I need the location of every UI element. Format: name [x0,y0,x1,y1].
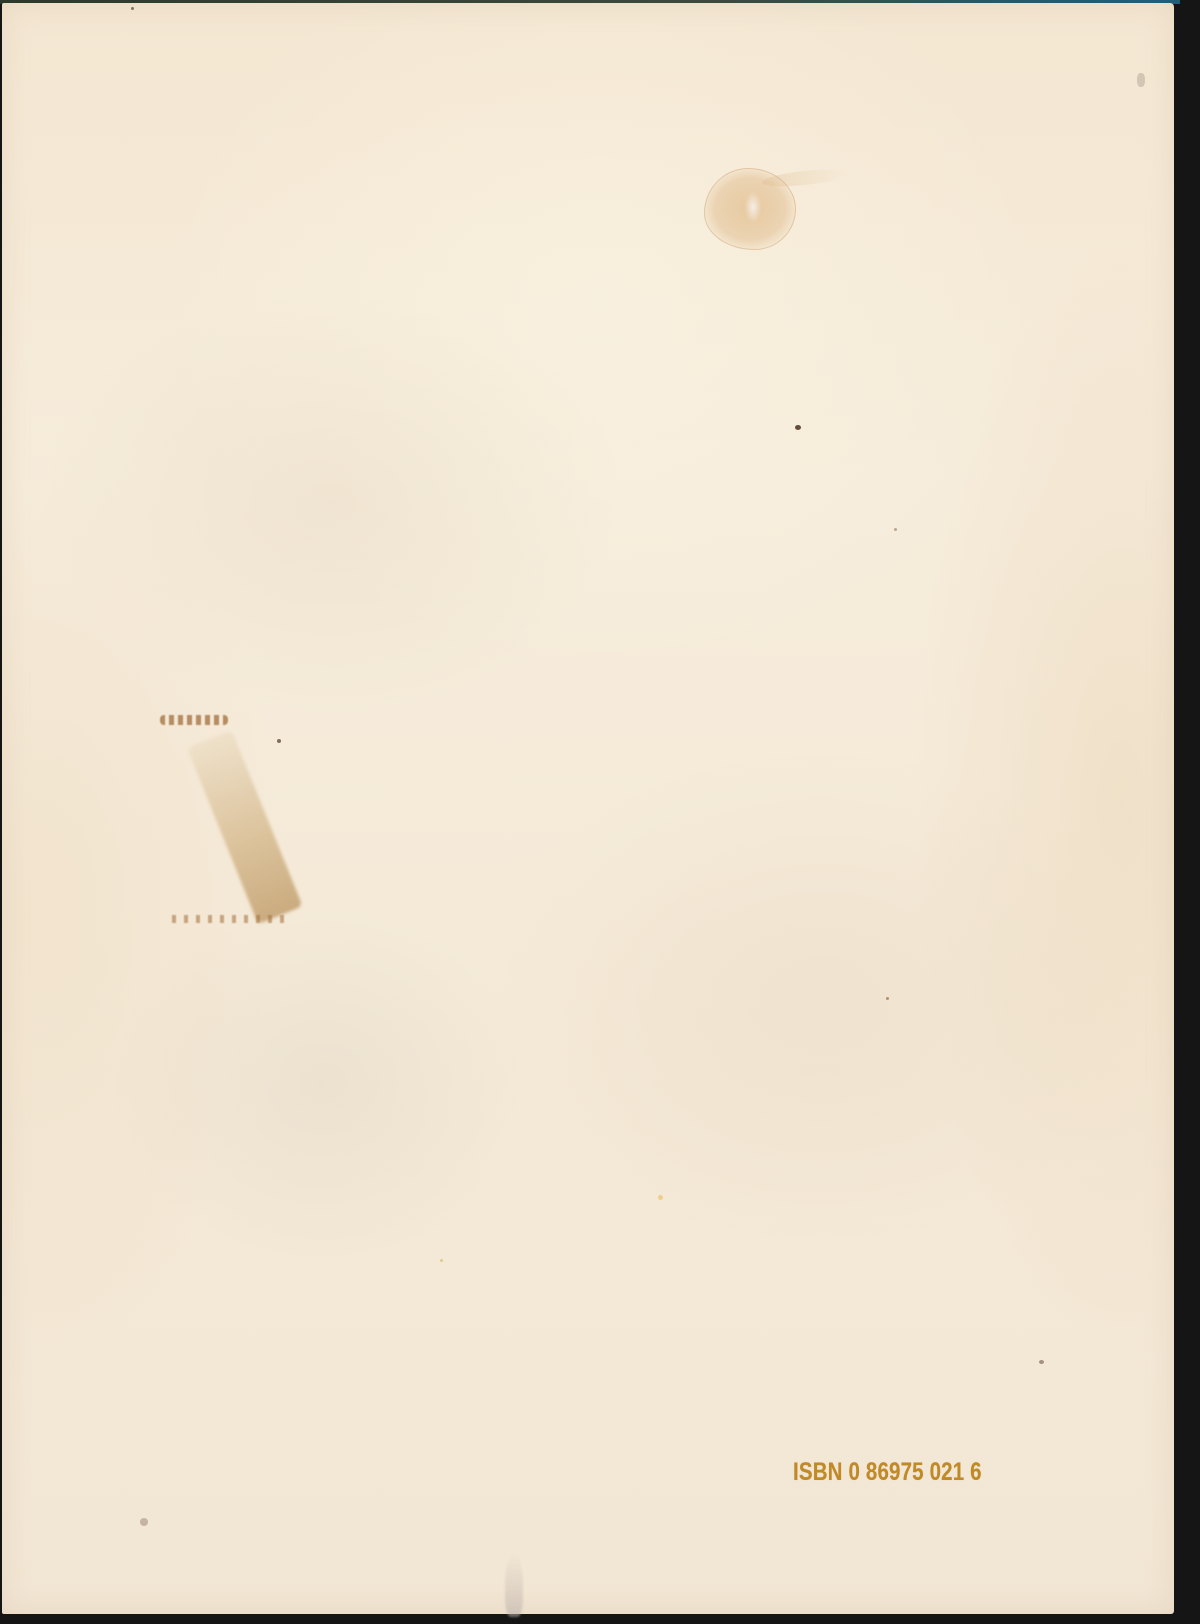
speck [886,997,889,1000]
scanned-page: ISBN 0 86975 021 6 [0,0,1200,1624]
speck [131,7,134,10]
foxing-speck [658,1195,663,1200]
diagonal-tape-streak [187,730,303,924]
tape-residue-tail [762,167,848,190]
foxing-speck [440,1259,443,1262]
scuff-mark [505,1553,523,1617]
dark-speck [795,425,801,430]
tape-residue-stain [704,168,796,250]
speck [140,1518,148,1526]
speck [1039,1360,1044,1364]
book-back-cover: ISBN 0 86975 021 6 [2,3,1174,1614]
streak-bottom-flecks [172,915,292,923]
isbn-number: ISBN 0 86975 021 6 [793,1458,982,1486]
dark-speck [277,739,281,743]
speck [894,528,897,531]
scuff-speck [1137,73,1145,87]
streak-top-flecks [160,715,228,725]
